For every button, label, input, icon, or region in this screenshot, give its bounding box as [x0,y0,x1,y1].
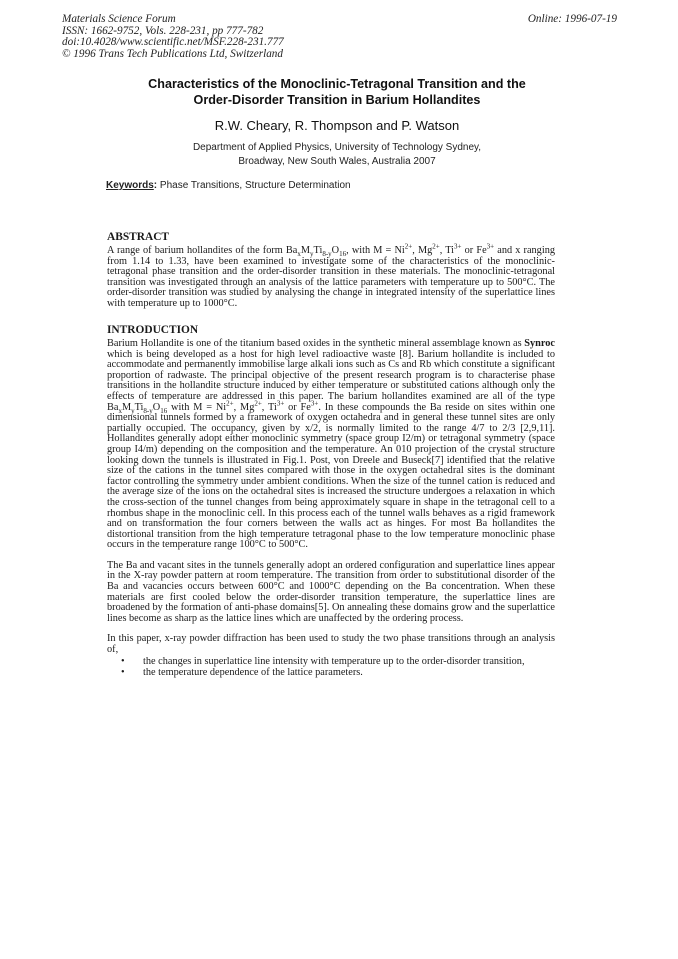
list-item: •the changes in superlattice line intens… [143,656,555,667]
bullet-icon: • [121,667,125,678]
list-item: •the temperature dependence of the latti… [143,667,555,678]
text-run: O [332,245,339,256]
text-run: Ti [314,245,323,256]
intro-paragraph-3: In this paper, x-ray powder diffraction … [107,634,555,655]
superscript: 3+ [487,243,494,251]
superscript: 3+ [454,243,461,251]
text-run: M [122,402,131,413]
introduction-section: INTRODUCTION Barium Hollandite is one of… [107,324,555,678]
superscript: 2+ [432,243,439,251]
text-run: A range of barium hollandites of the for… [107,245,297,256]
list-item-text: the changes in superlattice line intensi… [143,656,525,667]
text-run: . In these compounds the Ba reside on si… [107,402,555,551]
paper-title: Characteristics of the Monoclinic-Tetrag… [100,77,574,108]
keywords: Keywords: Phase Transitions, Structure D… [106,180,351,191]
text-run: or Fe [284,402,311,413]
text-run: with M = Ni [167,402,226,413]
intro-paragraph-2: The Ba and vacant sites in the tunnels g… [107,561,555,625]
title-line-1: Characteristics of the Monoclinic-Tetrag… [100,77,574,93]
intro-paragraph-1: Barium Hollandite is one of the titanium… [107,339,555,551]
superscript: 2+ [254,399,261,407]
title-line-2: Order-Disorder Transition in Barium Holl… [100,93,574,109]
analysis-list: •the changes in superlattice line intens… [107,656,555,678]
text-run: , with M = Ni [346,245,405,256]
text-run: M [301,245,310,256]
superscript: 2+ [226,399,233,407]
text-run: , Mg [412,245,432,256]
text-run: Barium Hollandite is one of the titanium… [107,338,524,349]
keywords-value: Phase Transitions, Structure Determinati… [157,180,350,191]
affiliation-line-1: Department of Applied Physics, Universit… [100,141,574,155]
text-run: , Mg [234,402,255,413]
journal-header: Materials Science Forum ISSN: 1662-9752,… [62,14,284,60]
abstract-section: ABSTRACT A range of barium hollandites o… [107,231,555,310]
list-item-text: the temperature dependence of the lattic… [143,667,363,678]
keywords-label: Keywords [106,180,154,191]
affiliation: Department of Applied Physics, Universit… [100,141,574,168]
introduction-heading: INTRODUCTION [107,324,555,337]
authors: R.W. Cheary, R. Thompson and P. Watson [100,118,574,133]
text-run: or Fe [462,245,487,256]
abstract-paragraph: A range of barium hollandites of the for… [107,246,555,310]
journal-name: Materials Science Forum [62,14,284,26]
affiliation-line-2: Broadway, New South Wales, Australia 200… [100,155,574,169]
copyright-line: © 1996 Trans Tech Publications Ltd, Swit… [62,49,284,61]
text-run: , Ti [262,402,277,413]
synroc-bold: Synroc [524,338,555,349]
online-date: Online: 1996-07-19 [528,14,617,26]
bullet-icon: • [121,656,125,667]
text-run: , Ti [440,245,454,256]
